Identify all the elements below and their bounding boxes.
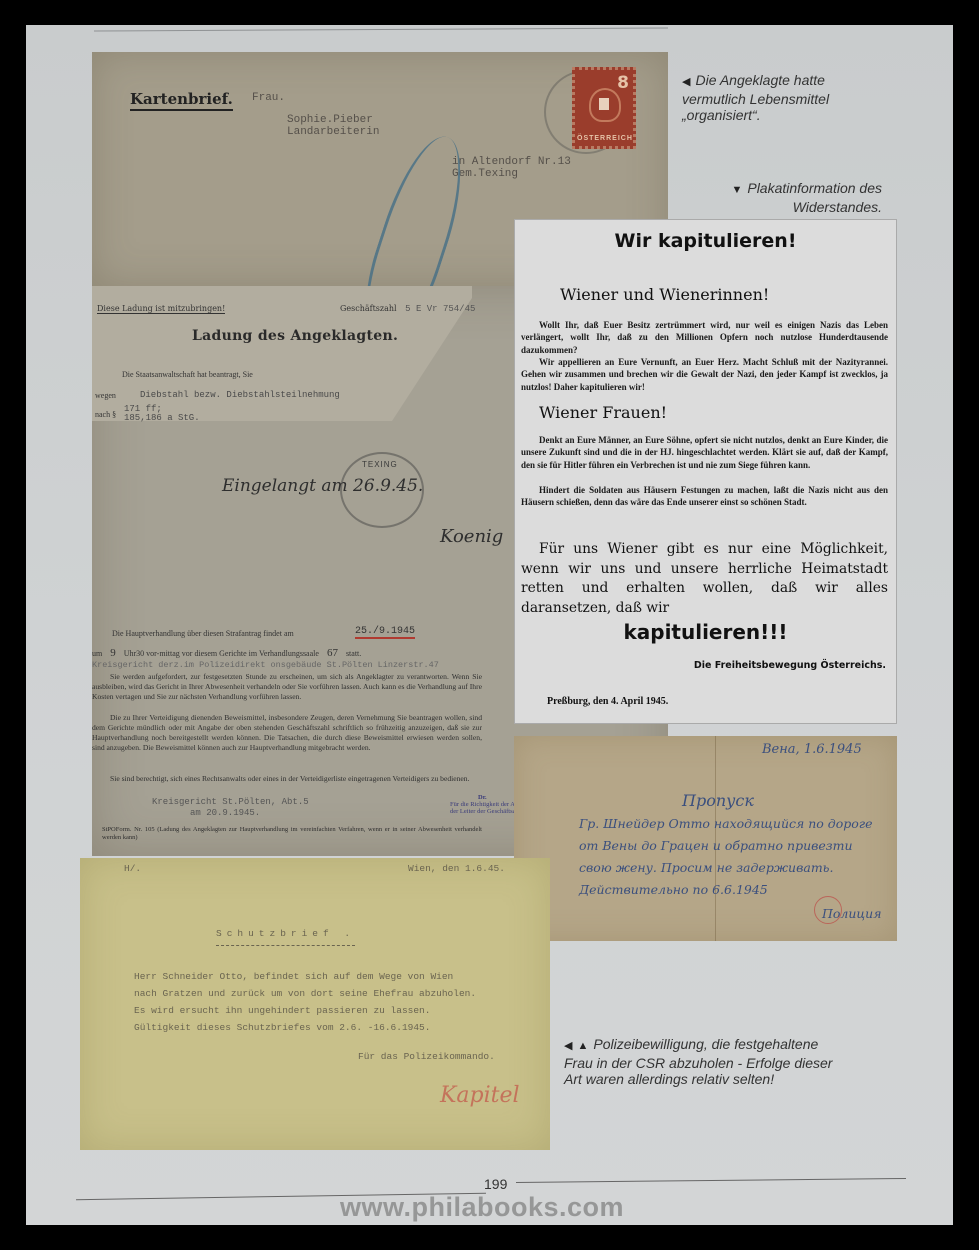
stamp-country: ÖSTERREICH: [577, 135, 633, 142]
poster-paragraph: Wollt Ihr, daß Euer Besitz zertrümmert w…: [521, 319, 888, 356]
caption-line: Art waren allerdings relativ selten!: [564, 1071, 832, 1088]
caption-line: Widerstandes.: [731, 199, 882, 216]
form-note: StPOForm. Nr. 105 (Ladung des Angeklagte…: [102, 826, 482, 842]
schutzbrief-line: Herr Schneider Otto, befindet sich auf d…: [134, 969, 453, 984]
addressee-line: Gem.Texing: [452, 168, 518, 180]
poster-heading: Wiener Frauen!: [539, 403, 667, 422]
schutzbrief-line: Es wird ersucht ihn ungehindert passiere…: [134, 1003, 430, 1018]
watermark: www.philabooks.com: [340, 1192, 624, 1223]
room-value: 67: [327, 647, 338, 659]
schutzbrief-ref: H/.: [124, 861, 141, 876]
caption-line: Frau in der CSR abzuholen - Erfolge dies…: [564, 1055, 832, 1072]
caption-line: Die Angeklagte hatte: [695, 72, 824, 88]
time-text: Uhr30 vor-mittag vor diesem Gerichte im …: [124, 649, 319, 658]
poster-title: Wir kapitulieren!: [515, 230, 896, 252]
ladung-paragraph: Die zu Ihrer Verteidigung dienenden Bewe…: [92, 713, 482, 753]
caption-angeklagte: ◀Die Angeklagte hatte vermutlich Lebensm…: [682, 72, 829, 124]
addressee-line: in Altendorf Nr.13: [452, 156, 571, 168]
poster-paragraph: Denkt an Eure Männer, an Eure Söhne, opf…: [521, 434, 888, 471]
caption-polizei: ◀▲Polizeibewilligung, die festgehaltene …: [564, 1036, 832, 1088]
geschaeftszahl-value: 5 E Vr 754/45: [405, 304, 475, 314]
postage-stamp: 8 ÖSTERREICH: [572, 67, 636, 149]
hour-value: 9: [110, 647, 116, 659]
resistance-poster: Wir kapitulieren! Wiener und Wienerinnen…: [514, 219, 897, 724]
poster-heading: Wiener und Wienerinnen!: [560, 285, 769, 304]
propusk-title: Пропуск: [682, 791, 754, 810]
red-stamp-mark: [814, 896, 842, 924]
geschaeftszahl: Geschäftszahl 5 E Vr 754/45: [340, 304, 475, 314]
hv-date: 25./9.1945: [355, 626, 415, 638]
schutzbrief-title: Schutzbrief .: [216, 926, 355, 946]
hv-text: Die Hauptverhandlung über diesen Strafan…: [112, 629, 294, 638]
left-arrow-icon: ◀: [682, 76, 690, 88]
schutzbrief-line: nach Gratzen und zurück um von dort sein…: [134, 986, 476, 1001]
wegen-label: wegen: [95, 391, 116, 400]
nach-label: nach §: [95, 410, 116, 419]
hv-date-value: 25./9.1945: [355, 626, 415, 639]
caption-line: vermutlich Lebensmittel: [682, 91, 829, 108]
left-arrow-icon: ◀: [564, 1040, 572, 1052]
stamp-value: 8: [617, 73, 629, 93]
caption-line: Polizeibewilligung, die festgehaltene: [593, 1036, 818, 1052]
court-date: am 20.9.1945.: [190, 807, 260, 819]
kartenbrief-title: Kartenbrief.: [130, 90, 233, 111]
wegen-value: Diebstahl bezw. Diebstahlsteilnehmung: [140, 389, 340, 401]
schutzbrief-document: H/. Wien, den 1.6.45. Schutzbrief . Herr…: [80, 858, 550, 1150]
addressee-line: Frau.: [252, 92, 285, 104]
geschaeftszahl-label: Geschäftszahl: [340, 304, 397, 313]
ladung-paragraph: Sie werden aufgefordert, zur festgesetzt…: [92, 672, 482, 702]
propusk-line: Гр. Шнейдер Отто находящийся по дороге: [579, 816, 872, 831]
addressee-line: Sophie.Pieber: [287, 114, 373, 126]
time-line: um 9 Uhr30 vor-mittag vor diesem Gericht…: [92, 647, 361, 659]
schutzbrief-closing: Für das Polizeikommando.: [358, 1049, 495, 1064]
handwritten-signature: Koenig: [440, 526, 503, 547]
poster-main-message: Für uns Wiener gibt es nur eine Möglichk…: [521, 540, 888, 618]
addressee-line: Landarbeiterin: [287, 126, 379, 138]
schutzbrief-signature: Kapitel: [440, 1083, 520, 1108]
propusk-date: Вена, 1.6.1945: [762, 742, 862, 757]
poster-paragraph: Wir appellieren an Eure Vernunft, an Eue…: [521, 356, 888, 393]
caption-plakat: ▼Plakatinformation des Widerstandes.: [731, 180, 882, 215]
shield-icon: [599, 98, 609, 110]
ladung-line1: Die Staatsanwaltschaft hat beantragt, Si…: [122, 370, 253, 379]
propusk-line: свою жену. Просим не задерживать.: [579, 860, 833, 875]
up-arrow-icon: ▲: [577, 1040, 588, 1052]
propusk-document: Вена, 1.6.1945 Пропуск Гр. Шнейдер Отто …: [514, 736, 897, 941]
statt-label: statt.: [346, 649, 361, 658]
poster-kapitulieren: kapitulieren!!!: [515, 620, 896, 644]
postmark-text: TEXING: [362, 460, 398, 469]
um-label: um: [92, 649, 102, 658]
page-number: 199: [484, 1176, 507, 1192]
down-arrow-icon: ▼: [731, 184, 742, 196]
nach-value-2: 185,186 a StG.: [124, 414, 200, 423]
schutzbrief-line: Gültigkeit dieses Schutzbriefes vom 2.6.…: [134, 1020, 430, 1035]
schutzbrief-date: Wien, den 1.6.45.: [408, 861, 505, 876]
poster-signature: Die Freiheitsbewegung Österreichs.: [694, 660, 886, 671]
propusk-validity: Действительно по 6.6.1945: [579, 882, 768, 897]
propusk-line: от Вены до Грацен и обратно привезти: [579, 838, 853, 853]
caption-line: Plakatinformation des: [747, 180, 882, 196]
ladung-note: Diese Ladung ist mitzubringen!: [97, 304, 225, 314]
texing-postmark: TEXING: [340, 452, 424, 528]
poster-paragraph: Hindert die Soldaten aus Häusern Festung…: [521, 484, 888, 509]
poster-date: Preßburg, den 4. April 1945.: [547, 696, 668, 707]
caption-line: „organisiert“.: [682, 107, 829, 124]
location-line: Kreisgericht derz.im Polizeidirekt onsge…: [92, 659, 439, 671]
ladung-paragraph: Sie sind berechtigt, sich eines Rechtsan…: [92, 774, 482, 784]
ladung-title: Ladung des Angeklagten.: [192, 328, 398, 344]
